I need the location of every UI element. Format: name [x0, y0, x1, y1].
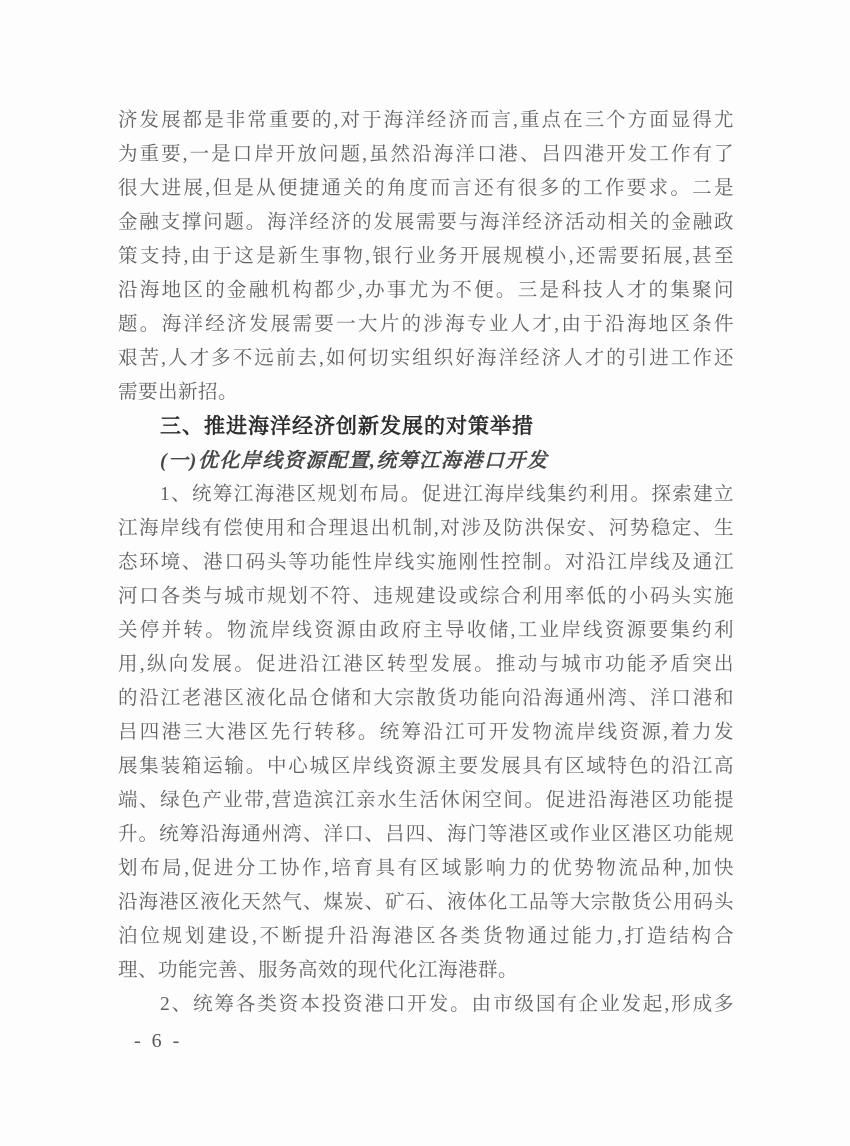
- body-line: 江海岸线有偿使用和合理退出机制,对涉及防洪保安、河势稳定、生: [118, 512, 734, 546]
- body-line: 泊位规划建设,不断提升沿海港区各类货物通过能力,打造结构合: [118, 920, 734, 954]
- body-line: 的沿江老港区液化品仓储和大宗散货功能向沿海通州湾、洋口港和: [118, 682, 734, 716]
- body-line: 题。海洋经济发展需要一大片的涉海专业人才,由于沿海地区条件: [118, 308, 734, 342]
- body-line: 1、统筹江海港区规划布局。促进江海岸线集约利用。探索建立: [118, 478, 734, 512]
- subsection-heading: (一)优化岸线资源配置,统筹江海港口开发: [118, 444, 734, 478]
- body-line: 吕四港三大港区先行转移。统筹沿江可开发物流岸线资源,着力发: [118, 716, 734, 750]
- page-number: - 6 -: [134, 1028, 182, 1054]
- body-line: 理、功能完善、服务高效的现代化江海港群。: [118, 954, 734, 988]
- body-line: 用,纵向发展。促进沿江港区转型发展。推动与城市功能矛盾突出: [118, 648, 734, 682]
- body-line: 需要出新招。: [118, 376, 734, 410]
- body-line: 2、统筹各类资本投资港口开发。由市级国有企业发起,形成多: [118, 988, 734, 1022]
- body-line: 为重要,一是口岸开放问题,虽然沿海洋口港、吕四港开发工作有了: [118, 138, 734, 172]
- document-page: 济发展都是非常重要的,对于海洋经济而言,重点在三个方面显得尤 为重要,一是口岸开…: [0, 0, 850, 1146]
- body-line: 端、绿色产业带,营造滨江亲水生活休闲空间。促进沿海港区功能提: [118, 784, 734, 818]
- section-heading: 三、推进海洋经济创新发展的对策举措: [118, 410, 734, 444]
- body-line: 金融支撑问题。海洋经济的发展需要与海洋经济活动相关的金融政: [118, 206, 734, 240]
- body-line: 很大进展,但是从便捷通关的角度而言还有很多的工作要求。二是: [118, 172, 734, 206]
- body-line: 沿海地区的金融机构都少,办事尤为不便。三是科技人才的集聚问: [118, 274, 734, 308]
- body-line: 策支持,由于这是新生事物,银行业务开展规模小,还需要拓展,甚至: [118, 240, 734, 274]
- body-line: 升。统筹沿海通州湾、洋口、吕四、海门等港区或作业区港区功能规: [118, 818, 734, 852]
- body-line: 河口各类与城市规划不符、违规建设或综合利用率低的小码头实施: [118, 580, 734, 614]
- body-line: 艰苦,人才多不远前去,如何切实组织好海洋经济人才的引进工作还: [118, 342, 734, 376]
- body-line: 态环境、港口码头等功能性岸线实施刚性控制。对沿江岸线及通江: [118, 546, 734, 580]
- body-line: 展集装箱运输。中心城区岸线资源主要发展具有区域特色的沿江高: [118, 750, 734, 784]
- body-line: 关停并转。物流岸线资源由政府主导收储,工业岸线资源要集约利: [118, 614, 734, 648]
- body-line: 划布局,促进分工协作,培育具有区域影响力的优势物流品种,加快: [118, 852, 734, 886]
- body-line: 济发展都是非常重要的,对于海洋经济而言,重点在三个方面显得尤: [118, 104, 734, 138]
- body-line: 沿海港区液化天然气、煤炭、矿石、液体化工品等大宗散货公用码头: [118, 886, 734, 920]
- text-block: 济发展都是非常重要的,对于海洋经济而言,重点在三个方面显得尤 为重要,一是口岸开…: [118, 104, 734, 1022]
